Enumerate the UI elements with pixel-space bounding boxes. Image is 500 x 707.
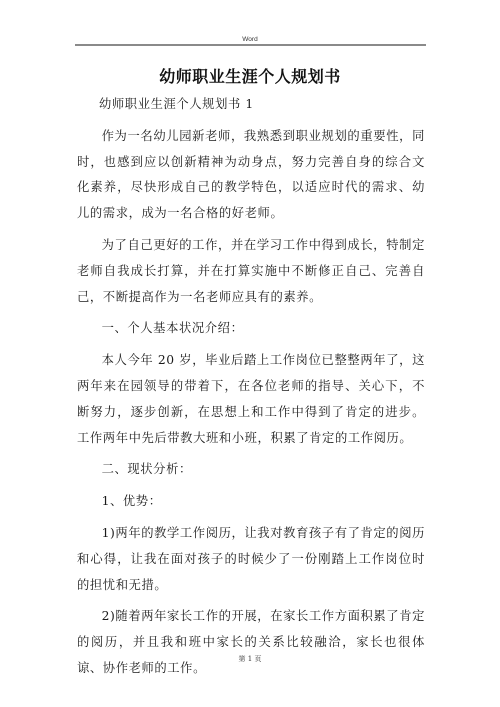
page-number: 第 1 页 — [0, 654, 500, 664]
paragraph: 2)随着两年家长工作的开展，在家长工作方面积累了肯定的阅历，并且我和班中家长的关… — [77, 604, 425, 681]
header-divider — [75, 44, 426, 46]
document-title: 幼师职业生涯个人规划书 — [0, 64, 500, 87]
paragraph: 为了自己更好的工作，并在学习工作中得到成长，特制定老师自我成长打算，并在打算实施… — [77, 233, 425, 310]
document-body: 幼师职业生涯个人规划书 1 作为一名幼儿园新老师，我熟悉到职业规划的重要性，同时… — [77, 92, 425, 688]
document-subtitle: 幼师职业生涯个人规划书 1 — [99, 92, 425, 118]
paragraph: 作为一名幼儿园新老师，我熟悉到职业规划的重要性，同时，也感到应以创新精神为动身点… — [77, 124, 425, 227]
section-heading: 一、个人基本状况介绍： — [77, 316, 425, 342]
paragraph: 本人今年 20 岁，毕业后踏上工作岗位已整整两年了，这两年来在园领导的带着下，在… — [77, 348, 425, 451]
section-heading: 二、现状分析： — [77, 457, 425, 483]
header-label: Word — [0, 36, 500, 43]
subsection-heading: 1、优势： — [77, 489, 425, 515]
paragraph: 1)两年的教学工作阅历，让我对教育孩子有了肯定的阅历和心得，让我在面对孩子的时候… — [77, 521, 425, 598]
